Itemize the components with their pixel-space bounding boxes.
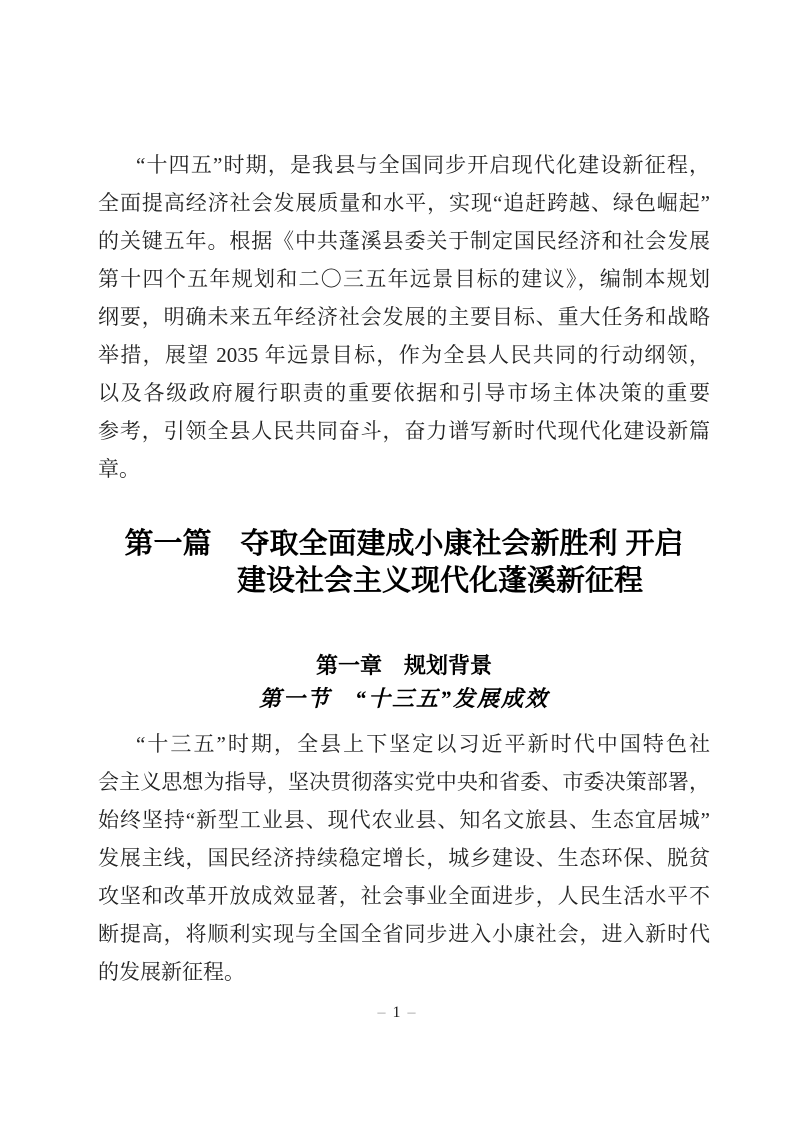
paragraph-line: 攻坚和改革开放成效显著，社会事业全面进步，人民生活水平不 [98, 877, 710, 915]
paragraph-line: 始终坚持“新型工业县、现代农业县、知名文旅县、生态宜居城” [98, 801, 710, 839]
paragraph-line: 发展主线，国民经济持续稳定增长，城乡建设、生态环保、脱贫 [98, 839, 710, 877]
paragraph-line: 的发展新征程。 [98, 953, 710, 991]
section-heading: 第一节 “十三五”发展成效 [98, 682, 710, 715]
page-footer: –1– [0, 1002, 793, 1024]
paragraph-line: 会主义思想为指导，坚决贯彻落实党中央和省委、市委决策部署， [98, 763, 710, 801]
paragraph-line: 章。 [98, 450, 710, 488]
page-number: 1 [393, 1004, 401, 1021]
paragraph-line: 参考，引领全县人民共同奋斗，奋力谱写新时代现代化建设新篇 [98, 412, 710, 450]
paragraph-line: 断提高，将顺利实现与全国全省同步进入小康社会，进入新时代 [98, 915, 710, 953]
paragraph-line: “十三五”时期，全县上下坚定以习近平新时代中国特色社 [98, 725, 710, 763]
paragraph-line: 第十四个五年规划和二〇三五年远景目标的建议》，编制本规划 [98, 260, 710, 298]
paragraph-line: 全面提高经济社会发展质量和水平，实现“追赶跨越、绿色崛起” [98, 184, 710, 222]
part-heading-line-1: 第一篇 夺取全面建成小康社会新胜利 开启 [98, 526, 710, 563]
section-paragraph: “十三五”时期，全县上下坚定以习近平新时代中国特色社 会主义思想为指导，坚决贯彻… [98, 715, 710, 991]
paragraph-line: “十四五”时期，是我县与全国同步开启现代化建设新征程， [98, 146, 710, 184]
part-heading: 第一篇 夺取全面建成小康社会新胜利 开启 建设社会主义现代化蓬溪新征程 [98, 526, 710, 600]
paragraph-line: 以及各级政府履行职责的重要依据和引导市场主体决策的重要 [98, 374, 710, 412]
paragraph-line: 纲要，明确未来五年经济社会发展的主要目标、重大任务和战略 [98, 298, 710, 336]
document-page: “十四五”时期，是我县与全国同步开启现代化建设新征程， 全面提高经济社会发展质量… [0, 0, 793, 1122]
paragraph-line: 举措，展望 2035 年远景目标，作为全县人民共同的行动纲领， [98, 336, 710, 374]
footer-dash-right: – [408, 1004, 416, 1021]
footer-dash-left: – [378, 1004, 386, 1021]
part-heading-line-2: 建设社会主义现代化蓬溪新征程 [98, 563, 710, 600]
paragraph-line: 的关键五年。根据《中共蓬溪县委关于制定国民经济和社会发展 [98, 222, 710, 260]
intro-paragraph: “十四五”时期，是我县与全国同步开启现代化建设新征程， 全面提高经济社会发展质量… [98, 0, 710, 488]
chapter-heading: 第一章 规划背景 [98, 649, 710, 682]
